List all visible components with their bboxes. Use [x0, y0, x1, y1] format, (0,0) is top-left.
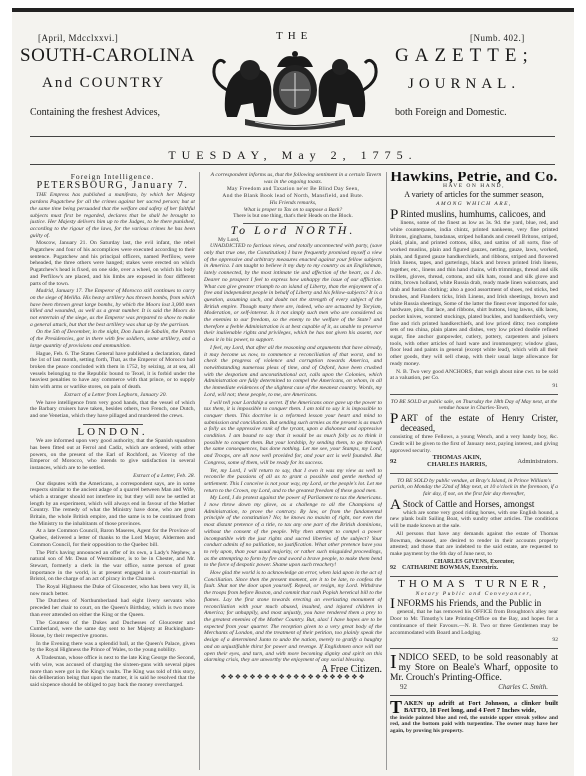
ad-lead-line: ART of the estate of Henry Crister, dece… [400, 413, 558, 433]
separator [390, 394, 558, 395]
ad-lead-line: Stock of Cattle and Horses, amongst [403, 499, 534, 509]
article-paragraph: In the Evening there was a splendid ball… [30, 641, 195, 654]
column-foreign-intelligence: Foreign Intelligence. PETERSBOURG, Janua… [30, 172, 195, 772]
separator [390, 648, 558, 649]
masthead-subtitle-left: And COUNTRY [42, 75, 165, 92]
ad-body: which are some very good riding horses, … [390, 510, 558, 530]
letter-paragraph: How glad the world is to acknowledge an … [204, 570, 382, 664]
ad-title: Hawkins, Petrie, and Co. [390, 174, 558, 181]
ad-body: linens, some of the finest as low as 3s.… [390, 220, 558, 367]
separator [390, 473, 558, 474]
drop-cap: P [390, 209, 398, 221]
article-paragraph: Moscow, January 21. On Saturday last, th… [30, 240, 195, 287]
ad-ref: 92 [390, 459, 397, 466]
ornament-rule: ❖❖❖❖❖❖❖❖❖❖❖❖❖❖❖❖❖❖❖❖ [204, 674, 382, 681]
article-paragraph: Hague, Feb. 6. The States General have p… [30, 351, 195, 391]
ad-body: consisting of three Fellows, a young Wen… [390, 434, 558, 454]
ad-ref: 92 [390, 637, 558, 644]
ad-crister-estate: TO BE SOLD at public sale, on Thursday t… [390, 399, 558, 469]
dateline-heading: PETERSBOURG, January 7. [30, 183, 195, 190]
ad-demands: All persons that have any demands agains… [390, 531, 558, 558]
signer-name: CHARLES HARRIS, [427, 462, 487, 469]
article-paragraph: The Pitt's having announced an offer of … [30, 550, 195, 584]
ad-ref: 92 [390, 565, 396, 571]
masthead-rule-top [30, 136, 555, 137]
ad-ref: 91 [390, 383, 558, 390]
drop-cap: I [390, 598, 395, 610]
separator [83, 424, 143, 425]
drop-cap: T [390, 700, 402, 715]
verse-line: What is proper to Tax on to suppose a Ba… [204, 207, 382, 214]
masthead-rule-bottom [30, 164, 555, 165]
masthead-title-left: SOUTH-CAROLINA [20, 45, 195, 67]
ad-among: AMONG WHICH ARE, [390, 201, 558, 208]
letter-paragraph: I will tell your Lordship a secret. If t… [204, 400, 382, 467]
column-advertisements: Hawkins, Petrie, and Co. HAVE ON HAND, A… [390, 172, 558, 772]
article-subhead: Extract of a Letter, Feb. 28. [30, 473, 195, 480]
ad-indico-seed: INDICO SEED, to be sold reasonably at my… [390, 653, 558, 691]
signer-role: Administrators. [517, 459, 558, 466]
ad-thomas-turner: THOMAS TURNER, Notary Public and Conveya… [390, 581, 558, 644]
ad-notice: TO BE SOLD by public vendue, at Bray's I… [390, 478, 558, 498]
ad-lead-line: NDICO SEED, to be sold reasonably at my … [390, 653, 558, 683]
ad-lead: A variety of articles for the summer sea… [390, 190, 558, 200]
letter-paragraph: My Lord, I do protest against the power … [204, 495, 382, 569]
ad-lead-line: AKEN up adrift at Fort Johnson, a clinke… [404, 700, 558, 714]
issue-dateline: TUESDAY, May 2, 1775. [0, 148, 586, 163]
royal-crest-icon [205, 45, 385, 130]
article-paragraph: Our disputes with the Americans, a corre… [30, 481, 195, 528]
letter-paragraph: Yet, my Lord, I will return to say, that… [204, 468, 382, 495]
signer-name: CATHARINE BOWMAN, Executrix. [402, 565, 498, 571]
ad-body: the inside painted blue and red, the out… [390, 715, 558, 735]
london-heading: LONDON. [30, 429, 195, 436]
article-paragraph: On the 5th of December, in the night, Do… [30, 329, 195, 349]
signer-name: CHARLES GIVENS, Executor, [390, 559, 558, 566]
ad-lead-line: Rinted muslins, humhums, calicoes, and [400, 209, 545, 219]
drop-cap: I [390, 653, 397, 671]
ad-notice: TO BE SOLD at public sale, on Thursday t… [390, 399, 558, 412]
tagline-right: both Foreign and Domestic. [395, 107, 507, 118]
ad-hawkins-petrie: Hawkins, Petrie, and Co. HAVE ON HAND, A… [390, 174, 558, 390]
ad-signer: Charles C. Smith. [498, 684, 548, 691]
letter-paragraph: I feel, my Lord, that after all the reas… [204, 345, 382, 399]
article-paragraph: A Tradesman, whose office is next to the… [30, 655, 195, 689]
verse-line: There is but one thing, that's their Hea… [204, 213, 382, 220]
article-paragraph: THE Empress has published a manifesto, b… [30, 192, 195, 239]
ad-lead-line: NFORMS his Friends, and the Public in [397, 598, 541, 608]
drop-cap: P [390, 413, 398, 425]
article-paragraph: We have intelligence from very good hand… [30, 400, 195, 420]
letter-heading: To Lord NORTH. [204, 227, 382, 234]
masthead-subtitle-right: JOURNAL. [408, 76, 520, 93]
issue-date: [April, Mdcclxxvi.] [38, 33, 118, 43]
article-subhead: Extract of a Letter from Leghorn, Januar… [30, 392, 195, 399]
tagline-left: Containing the freshest Advices, [30, 107, 160, 118]
ad-subtitle: Notary Public and Conveyancer, [390, 591, 558, 598]
column-letter-to-lord-north: A correspondent informs us, that the fol… [204, 172, 382, 772]
ad-note: N. B. Two very good ANCHORS, that weigh … [390, 369, 558, 382]
verse-line: And the Blank Book lead of North, Mansfi… [204, 193, 382, 200]
ad-title: THOMAS TURNER, [390, 581, 558, 588]
issue-number: [Numb. 402.] [470, 33, 525, 43]
verse-line: His Friends remarks, [204, 200, 382, 207]
ad-cattle-horses: TO BE SOLD by public vendue, at Bray's I… [390, 478, 558, 572]
article-paragraph: Madrid, January 17. The Emperor of Moroc… [30, 288, 195, 328]
masthead-title-right: GAZETTE; [395, 45, 534, 67]
ad-ref: 92 [400, 684, 407, 691]
correspondent-intro: A correspondent informs us, that the fol… [204, 172, 382, 185]
column-divider-1 [199, 172, 200, 770]
top-rule [12, 8, 574, 12]
article-paragraph: The Countess of the Dukes and Duchesses … [30, 620, 195, 640]
article-paragraph: At a late Common Council, Baron Maseres,… [30, 528, 195, 548]
ad-body: general, that he has removed his OFFICE … [390, 609, 558, 636]
article-paragraph: The Dutchess of Northumberland had eight… [30, 598, 195, 618]
column-divider-2 [386, 172, 387, 770]
ad-taken-up-batto: TAKEN up adrift at Fort Johnson, a clink… [390, 700, 558, 735]
drop-cap: A [390, 499, 401, 511]
letter-paragraph: UNADDICTED to factious views, and totall… [204, 243, 382, 344]
separator [390, 695, 558, 696]
article-paragraph: We are informed upon very good authority… [30, 438, 195, 472]
masthead-the: THE [276, 30, 312, 42]
separator [390, 576, 558, 577]
article-paragraph: The Royal Highness the Duke of Glouceste… [30, 584, 195, 597]
